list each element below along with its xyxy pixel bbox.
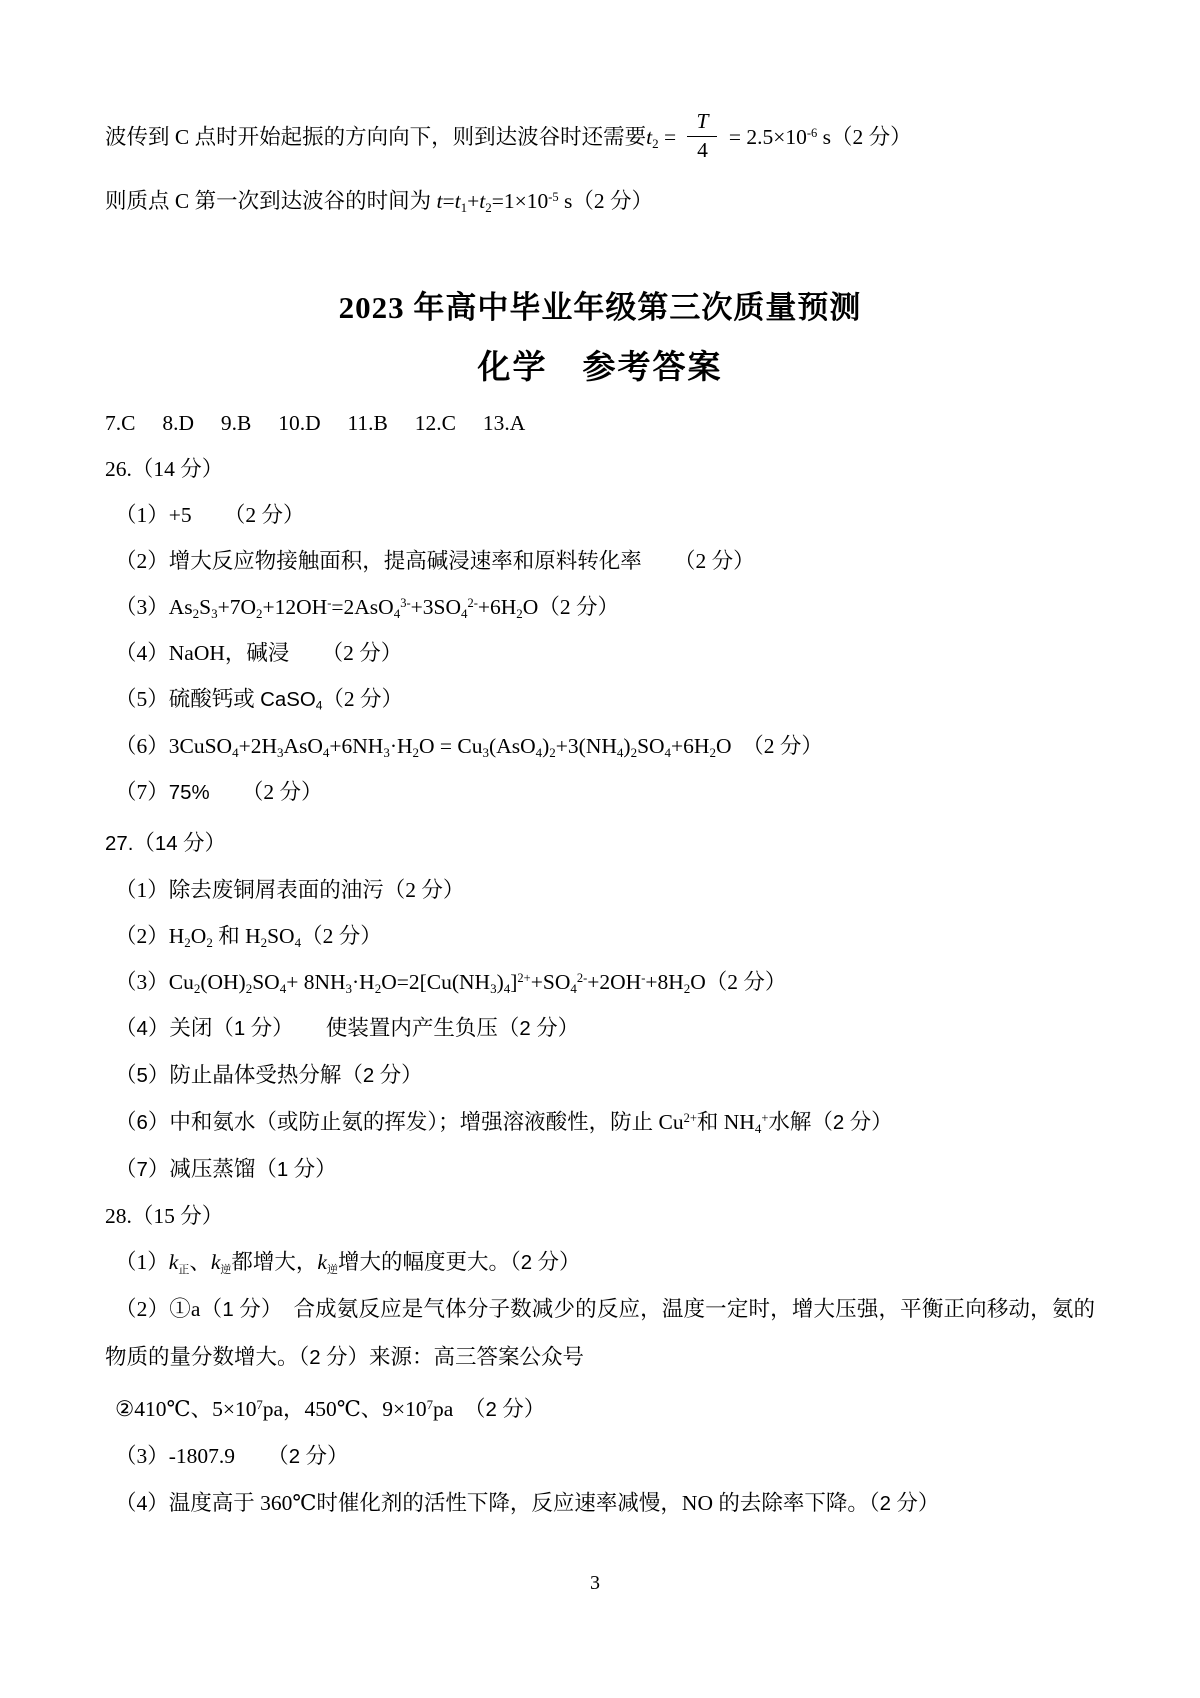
q28-item-3: （3）-1807.9 （2 分）: [105, 1433, 1095, 1480]
subject-answer-heading: 化学 参考答案: [105, 344, 1095, 390]
q27-item-1: （1）除去废铜屑表面的油污（2 分）: [105, 867, 1095, 913]
physics-answer-line-1: 波传到 C 点时开始起振的方向向下，则到达波谷时还需要t2 = T4 = 2.5…: [105, 102, 1095, 178]
q27-item-5: （5）防止晶体受热分解（2 分）: [105, 1052, 1095, 1099]
physics-answer-line-2: 则质点 C 第一次到达波谷的时间为 t=t1+t2=1×10-5 s（2 分）: [105, 178, 1095, 224]
q26-item-2: （2）增大反应物接触面积，提高碱浸速率和原料转化率 （2 分）: [105, 538, 1095, 584]
q27-item-7: （7）减压蒸馏（1 分）: [105, 1146, 1095, 1193]
q26-item-1: （1）+5 （2 分）: [105, 492, 1095, 538]
q28-item-2-sub2: ②410℃、5×107pa，450℃、9×107pa （2 分）: [105, 1386, 1095, 1433]
question-26-header: 26.（14 分）: [105, 446, 1095, 492]
q28-item-1: （1）k正、k逆都增大，k逆增大的幅度更大。（2 分）: [105, 1239, 1095, 1286]
q26-item-4: （4）NaOH，碱浸 （2 分）: [105, 630, 1095, 676]
fraction: T4: [687, 110, 717, 162]
q26-item-3: （3）As2S3+7O2+12OH-=2AsO43-+3SO42-+6H2O（2…: [105, 584, 1095, 630]
question-28-header: 28.（15 分）: [105, 1193, 1095, 1239]
q27-item-3: （3）Cu2(OH)2SO4+ 8NH3·H2O=2[Cu(NH3)4]2++S…: [105, 959, 1095, 1005]
exam-title: 2023 年高中毕业年级第三次质量预测: [105, 286, 1095, 330]
q26-item-5: （5）硫酸钙或 CaSO4（2 分）: [105, 676, 1095, 723]
q26-item-6: （6）3CuSO4+2H3AsO4+6NH3·H2O = Cu3(AsO4)2+…: [105, 723, 1095, 769]
q28-item-4: （4）温度高于 360℃时催化剂的活性下降，反应速率减慢，NO 的去除率下降。（…: [105, 1480, 1095, 1527]
document-page: 波传到 C 点时开始起振的方向向下，则到达波谷时还需要t2 = T4 = 2.5…: [0, 0, 1200, 1527]
q27-item-2: （2）H2O2 和 H2SO4（2 分）: [105, 913, 1095, 959]
q27-item-6: （6）中和氨水（或防止氨的挥发）；增强溶液酸性，防止 Cu2+和 NH4+水解（…: [105, 1099, 1095, 1146]
multiple-choice-answers: 7.C 8.D 9.B 10.D 11.B 12.C 13.A: [105, 400, 1095, 446]
q28-item-2-paragraph: （2）①a（1 分） 合成氨反应是气体分子数减少的反应，温度一定时，增大压强，平…: [105, 1286, 1095, 1382]
q26-item-7: （7）75% （2 分）: [105, 769, 1095, 816]
question-27-header: 27.（14 分）: [105, 820, 1095, 867]
page-number: 3: [0, 1572, 1190, 1595]
q27-item-4: （4）关闭（1 分） 使装置内产生负压（2 分）: [105, 1005, 1095, 1052]
